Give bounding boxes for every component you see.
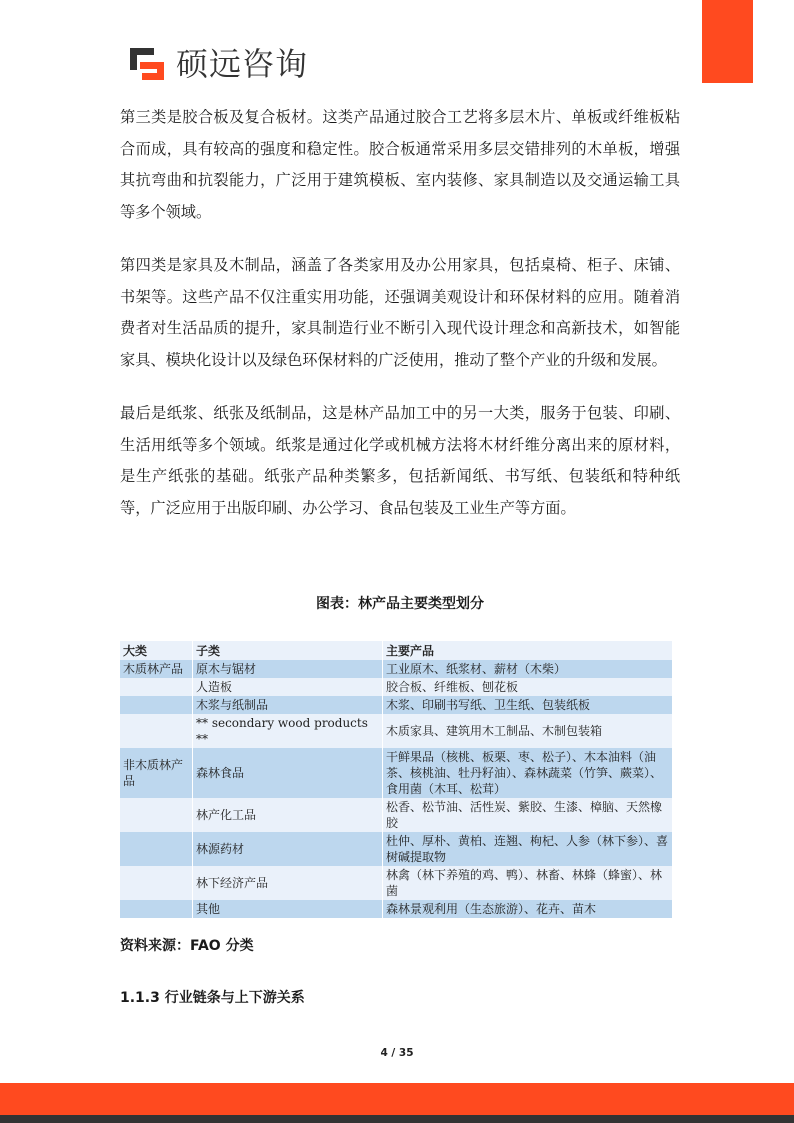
header-products: 主要产品	[383, 641, 673, 660]
cell-category	[120, 714, 193, 748]
cell-subcategory: 林产化工品	[193, 798, 383, 832]
cell-products: 林禽（林下养殖的鸡、鸭）、林畜、林蜂（蜂蜜）、林菌	[383, 866, 673, 900]
table-header-row: 大类 子类 主要产品	[120, 641, 673, 660]
cell-category	[120, 866, 193, 900]
header-accent-block	[702, 0, 753, 83]
logo-text: 硕远咨询	[176, 44, 308, 84]
header-category: 大类	[120, 641, 193, 660]
table-source: 资料来源：FAO 分类	[120, 935, 254, 955]
table-row: ** secondary wood products ** 木质家具、建筑用木工…	[120, 714, 673, 748]
cell-category	[120, 798, 193, 832]
cell-subcategory: 木浆与纸制品	[193, 696, 383, 714]
table-row: 木质林产品 原木与锯材 工业原木、纸浆材、薪材（木柴）	[120, 660, 673, 678]
cell-category: 非木质林产品	[120, 748, 193, 798]
cell-subcategory: 林下经济产品	[193, 866, 383, 900]
table-row: 林产化工品 松香、松节油、活性炭、紫胶、生漆、樟脑、天然橡胶	[120, 798, 673, 832]
cell-subcategory: 其他	[193, 900, 383, 918]
cell-subcategory: 森林食品	[193, 748, 383, 798]
forest-products-table: 大类 子类 主要产品 木质林产品 原木与锯材 工业原木、纸浆材、薪材（木柴） 人…	[120, 641, 673, 918]
table-row: 木浆与纸制品 木浆、印刷书写纸、卫生纸、包装纸板	[120, 696, 673, 714]
company-logo: 硕远咨询	[128, 44, 308, 84]
section-heading: 1.1.3 行业链条与上下游关系	[120, 987, 305, 1007]
cell-category: 木质林产品	[120, 660, 193, 678]
cell-products: 森林景观利用（生态旅游）、花卉、苗木	[383, 900, 673, 918]
cell-category	[120, 900, 193, 918]
table-row: 林源药材 杜仲、厚朴、黄柏、连翘、枸杞、人参（林下参）、喜树碱提取物	[120, 832, 673, 866]
cell-subcategory: 原木与锯材	[193, 660, 383, 678]
paragraph-furniture: 第四类是家具及木制品，涵盖了各类家用及办公用家具，包括桌椅、柜子、床铺、书架等。…	[120, 250, 680, 376]
paragraph-paper: 最后是纸浆、纸张及纸制品，这是林产品加工中的另一大类，服务于包装、印刷、生活用纸…	[120, 398, 680, 524]
table-row: 其他 森林景观利用（生态旅游）、花卉、苗木	[120, 900, 673, 918]
footer-dark-bar	[0, 1115, 794, 1123]
cell-products: 松香、松节油、活性炭、紫胶、生漆、樟脑、天然橡胶	[383, 798, 673, 832]
logo-mark-icon	[128, 44, 168, 84]
cell-products: 木质家具、建筑用木工制品、木制包装箱	[383, 714, 673, 748]
table-row: 非木质林产品 森林食品 干鲜果品（核桃、板栗、枣、松子）、木本油料（油茶、核桃油…	[120, 748, 673, 798]
cell-products: 胶合板、纤维板、刨花板	[383, 678, 673, 696]
body-content: 第三类是胶合板及复合板材。这类产品通过胶合工艺将多层木片、单板或纤维板粘合而成，…	[120, 102, 680, 546]
cell-category	[120, 696, 193, 714]
paragraph-plywood: 第三类是胶合板及复合板材。这类产品通过胶合工艺将多层木片、单板或纤维板粘合而成，…	[120, 102, 680, 228]
table-title: 图表：林产品主要类型划分	[120, 593, 680, 613]
header-subcategory: 子类	[193, 641, 383, 660]
cell-products: 工业原木、纸浆材、薪材（木柴）	[383, 660, 673, 678]
table-row: 人造板 胶合板、纤维板、刨花板	[120, 678, 673, 696]
footer-accent-bar	[0, 1083, 794, 1115]
page-number: 4 / 35	[0, 1047, 794, 1059]
cell-subcategory: ** secondary wood products **	[193, 714, 383, 748]
cell-products: 木浆、印刷书写纸、卫生纸、包装纸板	[383, 696, 673, 714]
cell-products: 杜仲、厚朴、黄柏、连翘、枸杞、人参（林下参）、喜树碱提取物	[383, 832, 673, 866]
cell-subcategory: 人造板	[193, 678, 383, 696]
cell-subcategory: 林源药材	[193, 832, 383, 866]
cell-category	[120, 832, 193, 866]
cell-products: 干鲜果品（核桃、板栗、枣、松子）、木本油料（油茶、核桃油、牡丹籽油）、森林蔬菜（…	[383, 748, 673, 798]
table-row: 林下经济产品 林禽（林下养殖的鸡、鸭）、林畜、林蜂（蜂蜜）、林菌	[120, 866, 673, 900]
cell-category	[120, 678, 193, 696]
